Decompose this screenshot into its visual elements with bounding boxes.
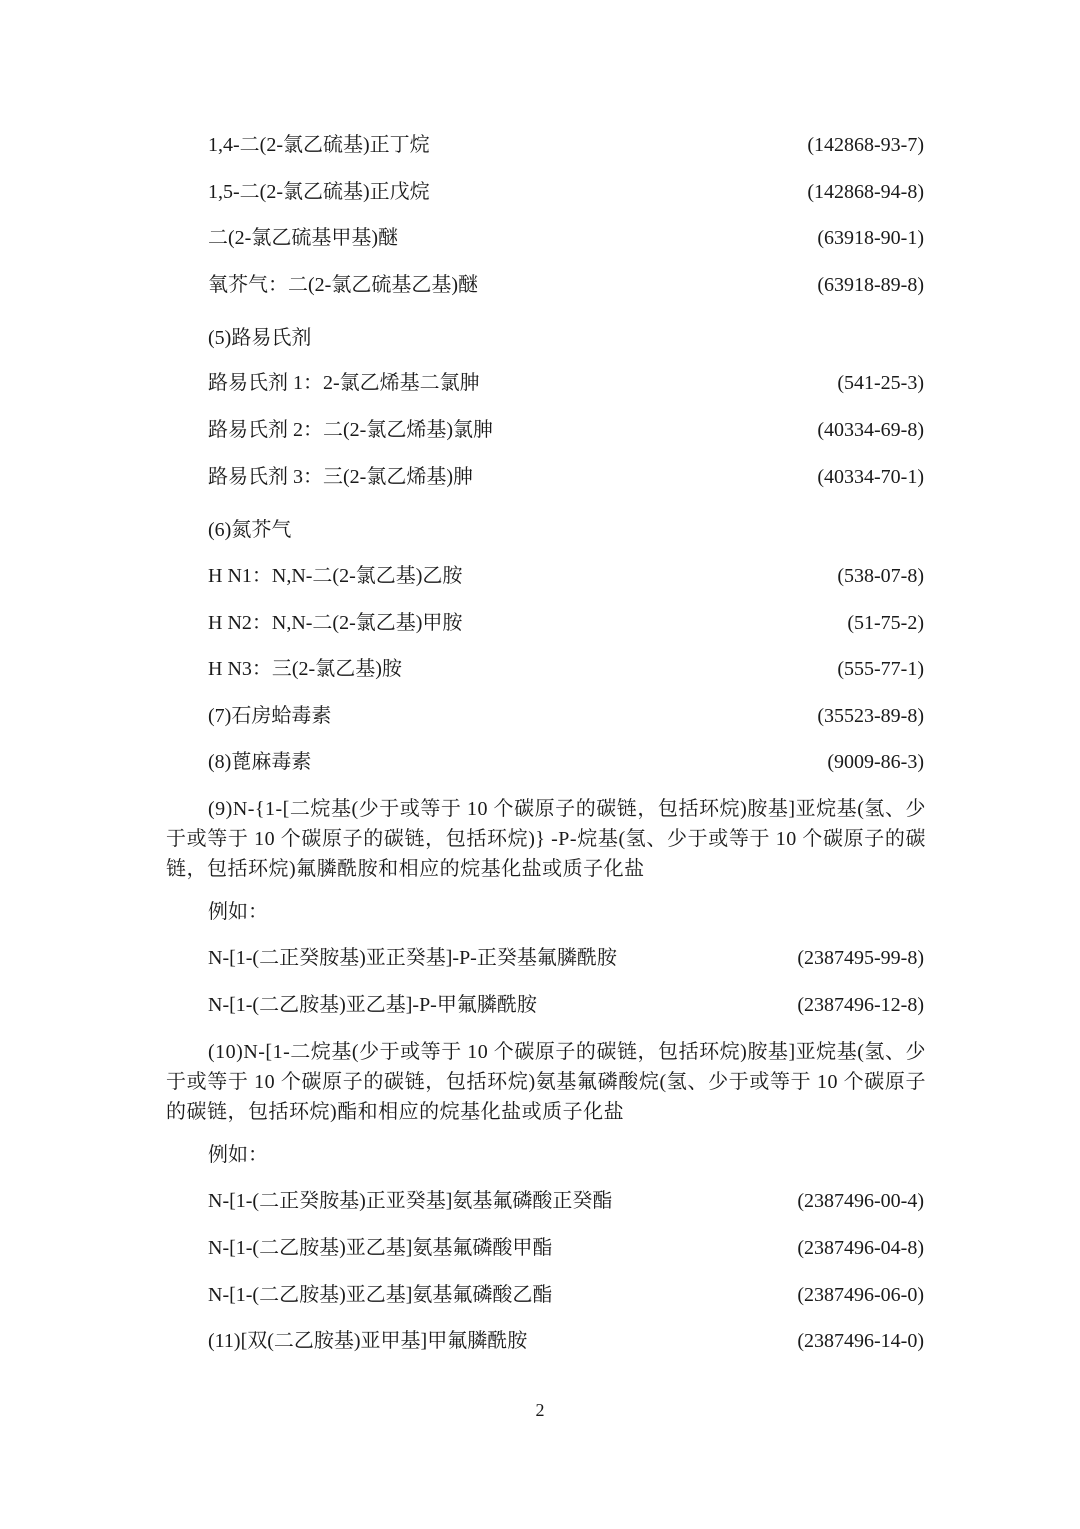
chemical-name: N-[1-(二乙胺基)亚乙基]氨基氟磷酸乙酯 (208, 1280, 552, 1310)
chemical-name: 氧芥气：二(2-氯乙硫基乙基)醚 (208, 270, 478, 300)
chemical-name: 1,4-二(2-氯乙硫基)正丁烷 (208, 130, 430, 160)
list-item: 路易氏剂 2：二(2-氯乙烯基)氯胂 (40334-69-8) (208, 415, 924, 445)
cas-number: (2387496-14-0) (797, 1326, 924, 1356)
chemical-name: 二(2-氯乙硫基甲基)醚 (208, 223, 398, 253)
chemical-name: 路易氏剂 2：二(2-氯乙烯基)氯胂 (208, 415, 493, 445)
chemical-name: 1,5-二(2-氯乙硫基)正戊烷 (208, 177, 430, 207)
chemical-name: H N3：三(2-氯乙基)胺 (208, 654, 402, 684)
page-number: 2 (0, 1398, 1080, 1422)
list-item: 路易氏剂 1：2-氯乙烯基二氯胂 (541-25-3) (208, 368, 924, 398)
chemical-name: N-[1-(二正癸胺基)正亚癸基]氨基氟磷酸正癸酯 (208, 1186, 612, 1216)
example-label-text: 例如： (208, 1140, 268, 1170)
section-9-paragraph: (9)N-{1-[二烷基(少于或等于 10 个碳原子的碳链，包括环烷)胺基]亚烷… (166, 794, 926, 884)
section-10-paragraph: (10)N-[1-二烷基(少于或等于 10 个碳原子的碳链，包括环烷)胺基]亚烷… (166, 1037, 926, 1127)
cas-number: (2387496-04-8) (797, 1233, 924, 1263)
cas-number: (538-07-8) (837, 561, 924, 591)
section-heading: (5)路易氏剂 (208, 323, 924, 353)
list-item: N-[1-(二正癸胺基)亚正癸基]-P-正癸基氟膦酰胺 (2387495-99-… (208, 943, 924, 973)
list-item: H N2：N,N-二(2-氯乙基)甲胺 (51-75-2) (208, 608, 924, 638)
cas-number: (63918-90-1) (817, 223, 924, 253)
chemical-name: 路易氏剂 1：2-氯乙烯基二氯胂 (208, 368, 480, 398)
cas-number: (40334-70-1) (817, 462, 924, 492)
list-item: (11)[双(二乙胺基)亚甲基]甲氟膦酰胺 (2387496-14-0) (208, 1326, 924, 1356)
cas-number: (51-75-2) (847, 608, 924, 638)
cas-number: (555-77-1) (837, 654, 924, 684)
list-item: N-[1-(二正癸胺基)正亚癸基]氨基氟磷酸正癸酯 (2387496-00-4) (208, 1186, 924, 1216)
cas-number: (63918-89-8) (817, 270, 924, 300)
chemical-name: H N2：N,N-二(2-氯乙基)甲胺 (208, 608, 462, 638)
list-item: N-[1-(二乙胺基)亚乙基]-P-甲氟膦酰胺 (2387496-12-8) (208, 990, 924, 1020)
cas-number: (142868-93-7) (807, 130, 924, 160)
cas-number: (35523-89-8) (817, 701, 924, 731)
list-item: H N1：N,N-二(2-氯乙基)乙胺 (538-07-8) (208, 561, 924, 591)
section-6-heading: (6)氮芥气 (208, 515, 291, 545)
section-5-heading: (5)路易氏剂 (208, 323, 311, 353)
example-label: 例如： (208, 897, 924, 927)
chemical-name: N-[1-(二乙胺基)亚乙基]氨基氟磷酸甲酯 (208, 1233, 552, 1263)
chemical-name: 路易氏剂 3：三(2-氯乙烯基)胂 (208, 462, 473, 492)
chemical-name: N-[1-(二正癸胺基)亚正癸基]-P-正癸基氟膦酰胺 (208, 943, 617, 973)
cas-number: (2387496-12-8) (797, 990, 924, 1020)
list-item: 路易氏剂 3：三(2-氯乙烯基)胂 (40334-70-1) (208, 462, 924, 492)
list-item: 氧芥气：二(2-氯乙硫基乙基)醚 (63918-89-8) (208, 270, 924, 300)
list-item: (7)石房蛤毒素 (35523-89-8) (208, 701, 924, 731)
list-item: H N3：三(2-氯乙基)胺 (555-77-1) (208, 654, 924, 684)
cas-number: (9009-86-3) (827, 747, 924, 777)
list-item: N-[1-(二乙胺基)亚乙基]氨基氟磷酸甲酯 (2387496-04-8) (208, 1233, 924, 1263)
list-item: 1,4-二(2-氯乙硫基)正丁烷 (142868-93-7) (208, 130, 924, 160)
cas-number: (2387495-99-8) (797, 943, 924, 973)
cas-number: (2387496-00-4) (797, 1186, 924, 1216)
chemical-name: (11)[双(二乙胺基)亚甲基]甲氟膦酰胺 (208, 1326, 527, 1356)
cas-number: (40334-69-8) (817, 415, 924, 445)
list-item: N-[1-(二乙胺基)亚乙基]氨基氟磷酸乙酯 (2387496-06-0) (208, 1280, 924, 1310)
cas-number: (2387496-06-0) (797, 1280, 924, 1310)
cas-number: (541-25-3) (837, 368, 924, 398)
list-item: 二(2-氯乙硫基甲基)醚 (63918-90-1) (208, 223, 924, 253)
list-item: 1,5-二(2-氯乙硫基)正戊烷 (142868-94-8) (208, 177, 924, 207)
example-label-text: 例如： (208, 897, 268, 927)
chemical-name: (7)石房蛤毒素 (208, 701, 331, 731)
section-heading: (6)氮芥气 (208, 515, 924, 545)
chemical-name: H N1：N,N-二(2-氯乙基)乙胺 (208, 561, 462, 591)
cas-number: (142868-94-8) (807, 177, 924, 207)
chemical-name: N-[1-(二乙胺基)亚乙基]-P-甲氟膦酰胺 (208, 990, 537, 1020)
list-item: (8)蓖麻毒素 (9009-86-3) (208, 747, 924, 777)
chemical-name: (8)蓖麻毒素 (208, 747, 311, 777)
document-page: 1,4-二(2-氯乙硫基)正丁烷 (142868-93-7) 1,5-二(2-氯… (0, 0, 1080, 1529)
example-label: 例如： (208, 1140, 924, 1170)
